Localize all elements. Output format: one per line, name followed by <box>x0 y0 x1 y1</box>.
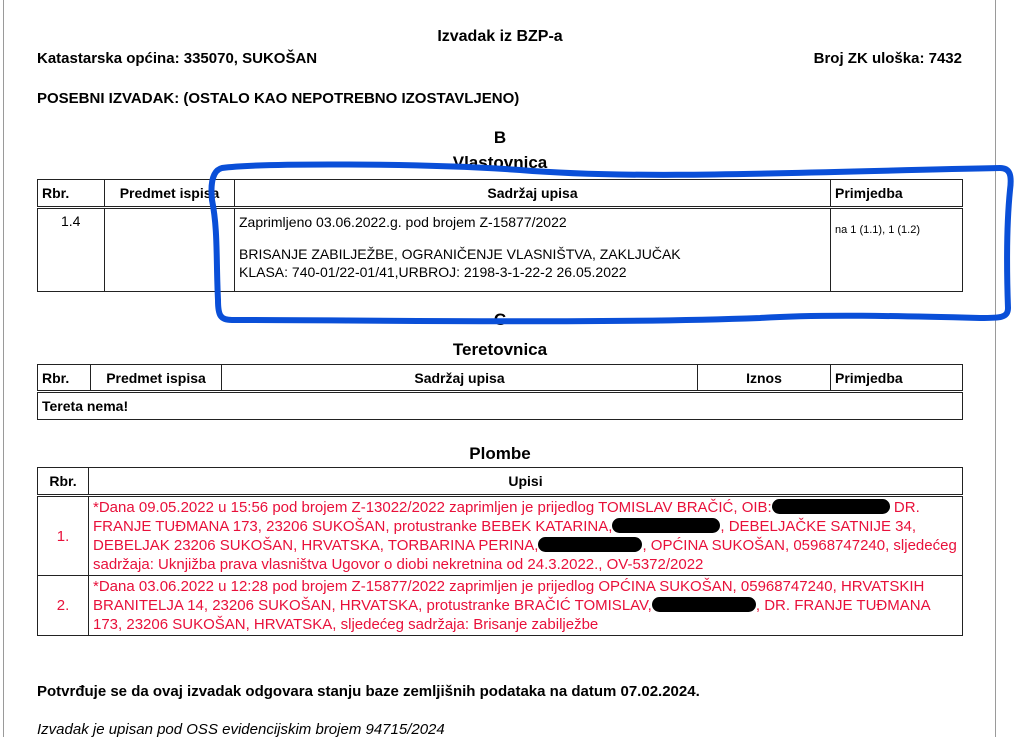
section-c-letter: C <box>0 310 1000 330</box>
col-predmet-ispisa: Predmet ispisa <box>91 365 222 392</box>
col-primjedba: Primjedba <box>831 180 963 208</box>
col-sadrzaj-upisa: Sadržaj upisa <box>235 180 831 208</box>
redaction-mark <box>652 597 756 612</box>
col-rbr: Rbr. <box>38 180 105 208</box>
col-upisi: Upisi <box>89 468 963 496</box>
plombe-title: Plombe <box>0 444 1000 464</box>
redaction-mark <box>538 537 642 552</box>
rbr-cell: 2. <box>38 576 89 636</box>
plombe-table: Rbr. Upisi 1. *Dana 09.05.2022 u 15:56 p… <box>37 467 963 636</box>
predmet-cell <box>105 208 235 292</box>
sadrzaj-line: Zaprimljeno 03.06.2022.g. pod brojem Z-1… <box>239 213 826 231</box>
table-row: 1. *Dana 09.05.2022 u 15:56 pod brojem Z… <box>38 496 963 576</box>
sadrzaj-line: KLASA: 740-01/22-01/41,URBROJ: 2198-3-1-… <box>239 263 826 281</box>
table-row: 2. *Dana 03.06.2022 u 12:28 pod brojem Z… <box>38 576 963 636</box>
upisi-cell: *Dana 09.05.2022 u 15:56 pod brojem Z-13… <box>89 496 963 576</box>
primjedba-cell: na 1 (1.1), 1 (1.2) <box>831 208 963 292</box>
col-sadrzaj-upisa: Sadržaj upisa <box>222 365 698 392</box>
broj-zk-uloska: Broj ZK uloška: 7432 <box>814 50 962 67</box>
empty-message: Tereta nema! <box>38 392 963 420</box>
table-header-row: Rbr. Predmet ispisa Sadržaj upisa Iznos … <box>38 365 963 392</box>
katastarska-opcina: Katastarska općina: 335070, SUKOŠAN <box>37 50 317 67</box>
col-primjedba: Primjedba <box>831 365 963 392</box>
section-b-name: Vlastovnica <box>0 153 1000 173</box>
sadrzaj-line: BRISANJE ZABILJEŽBE, OGRANIČENJE VLASNIŠ… <box>239 245 826 263</box>
redaction-mark <box>772 499 890 514</box>
sadrzaj-cell: Zaprimljeno 03.06.2022.g. pod brojem Z-1… <box>235 208 831 292</box>
teretovnica-table: Rbr. Predmet ispisa Sadržaj upisa Iznos … <box>37 364 963 420</box>
redaction-mark <box>612 518 720 533</box>
document-title: Izvadak iz BZP-a <box>0 28 1000 46</box>
col-iznos: Iznos <box>698 365 831 392</box>
rbr-cell: 1.4 <box>38 208 105 292</box>
evidencija-note: Izvadak je upisan pod OSS evidencijskim … <box>37 721 445 737</box>
col-rbr: Rbr. <box>38 365 91 392</box>
posebni-izvadak-note: POSEBNI IZVADAK: (OSTALO KAO NEPOTREBNO … <box>37 90 519 107</box>
col-predmet-ispisa: Predmet ispisa <box>105 180 235 208</box>
rbr-cell: 1. <box>38 496 89 576</box>
table-header-row: Rbr. Upisi <box>38 468 963 496</box>
upis-text: *Dana 09.05.2022 u 15:56 pod brojem Z-13… <box>93 499 772 516</box>
section-b-letter: B <box>0 128 1000 148</box>
table-row: 1.4 Zaprimljeno 03.06.2022.g. pod brojem… <box>38 208 963 292</box>
section-c-name: Teretovnica <box>0 340 1000 360</box>
col-rbr: Rbr. <box>38 468 89 496</box>
upisi-cell: *Dana 03.06.2022 u 12:28 pod brojem Z-15… <box>89 576 963 636</box>
page-edge-right <box>995 0 996 737</box>
confirmation-statement: Potvrđuje se da ovaj izvadak odgovara st… <box>37 683 700 700</box>
page-edge-left <box>3 0 4 737</box>
table-header-row: Rbr. Predmet ispisa Sadržaj upisa Primje… <box>38 180 963 208</box>
vlastovnica-table: Rbr. Predmet ispisa Sadržaj upisa Primje… <box>37 179 963 292</box>
table-row: Tereta nema! <box>38 392 963 420</box>
